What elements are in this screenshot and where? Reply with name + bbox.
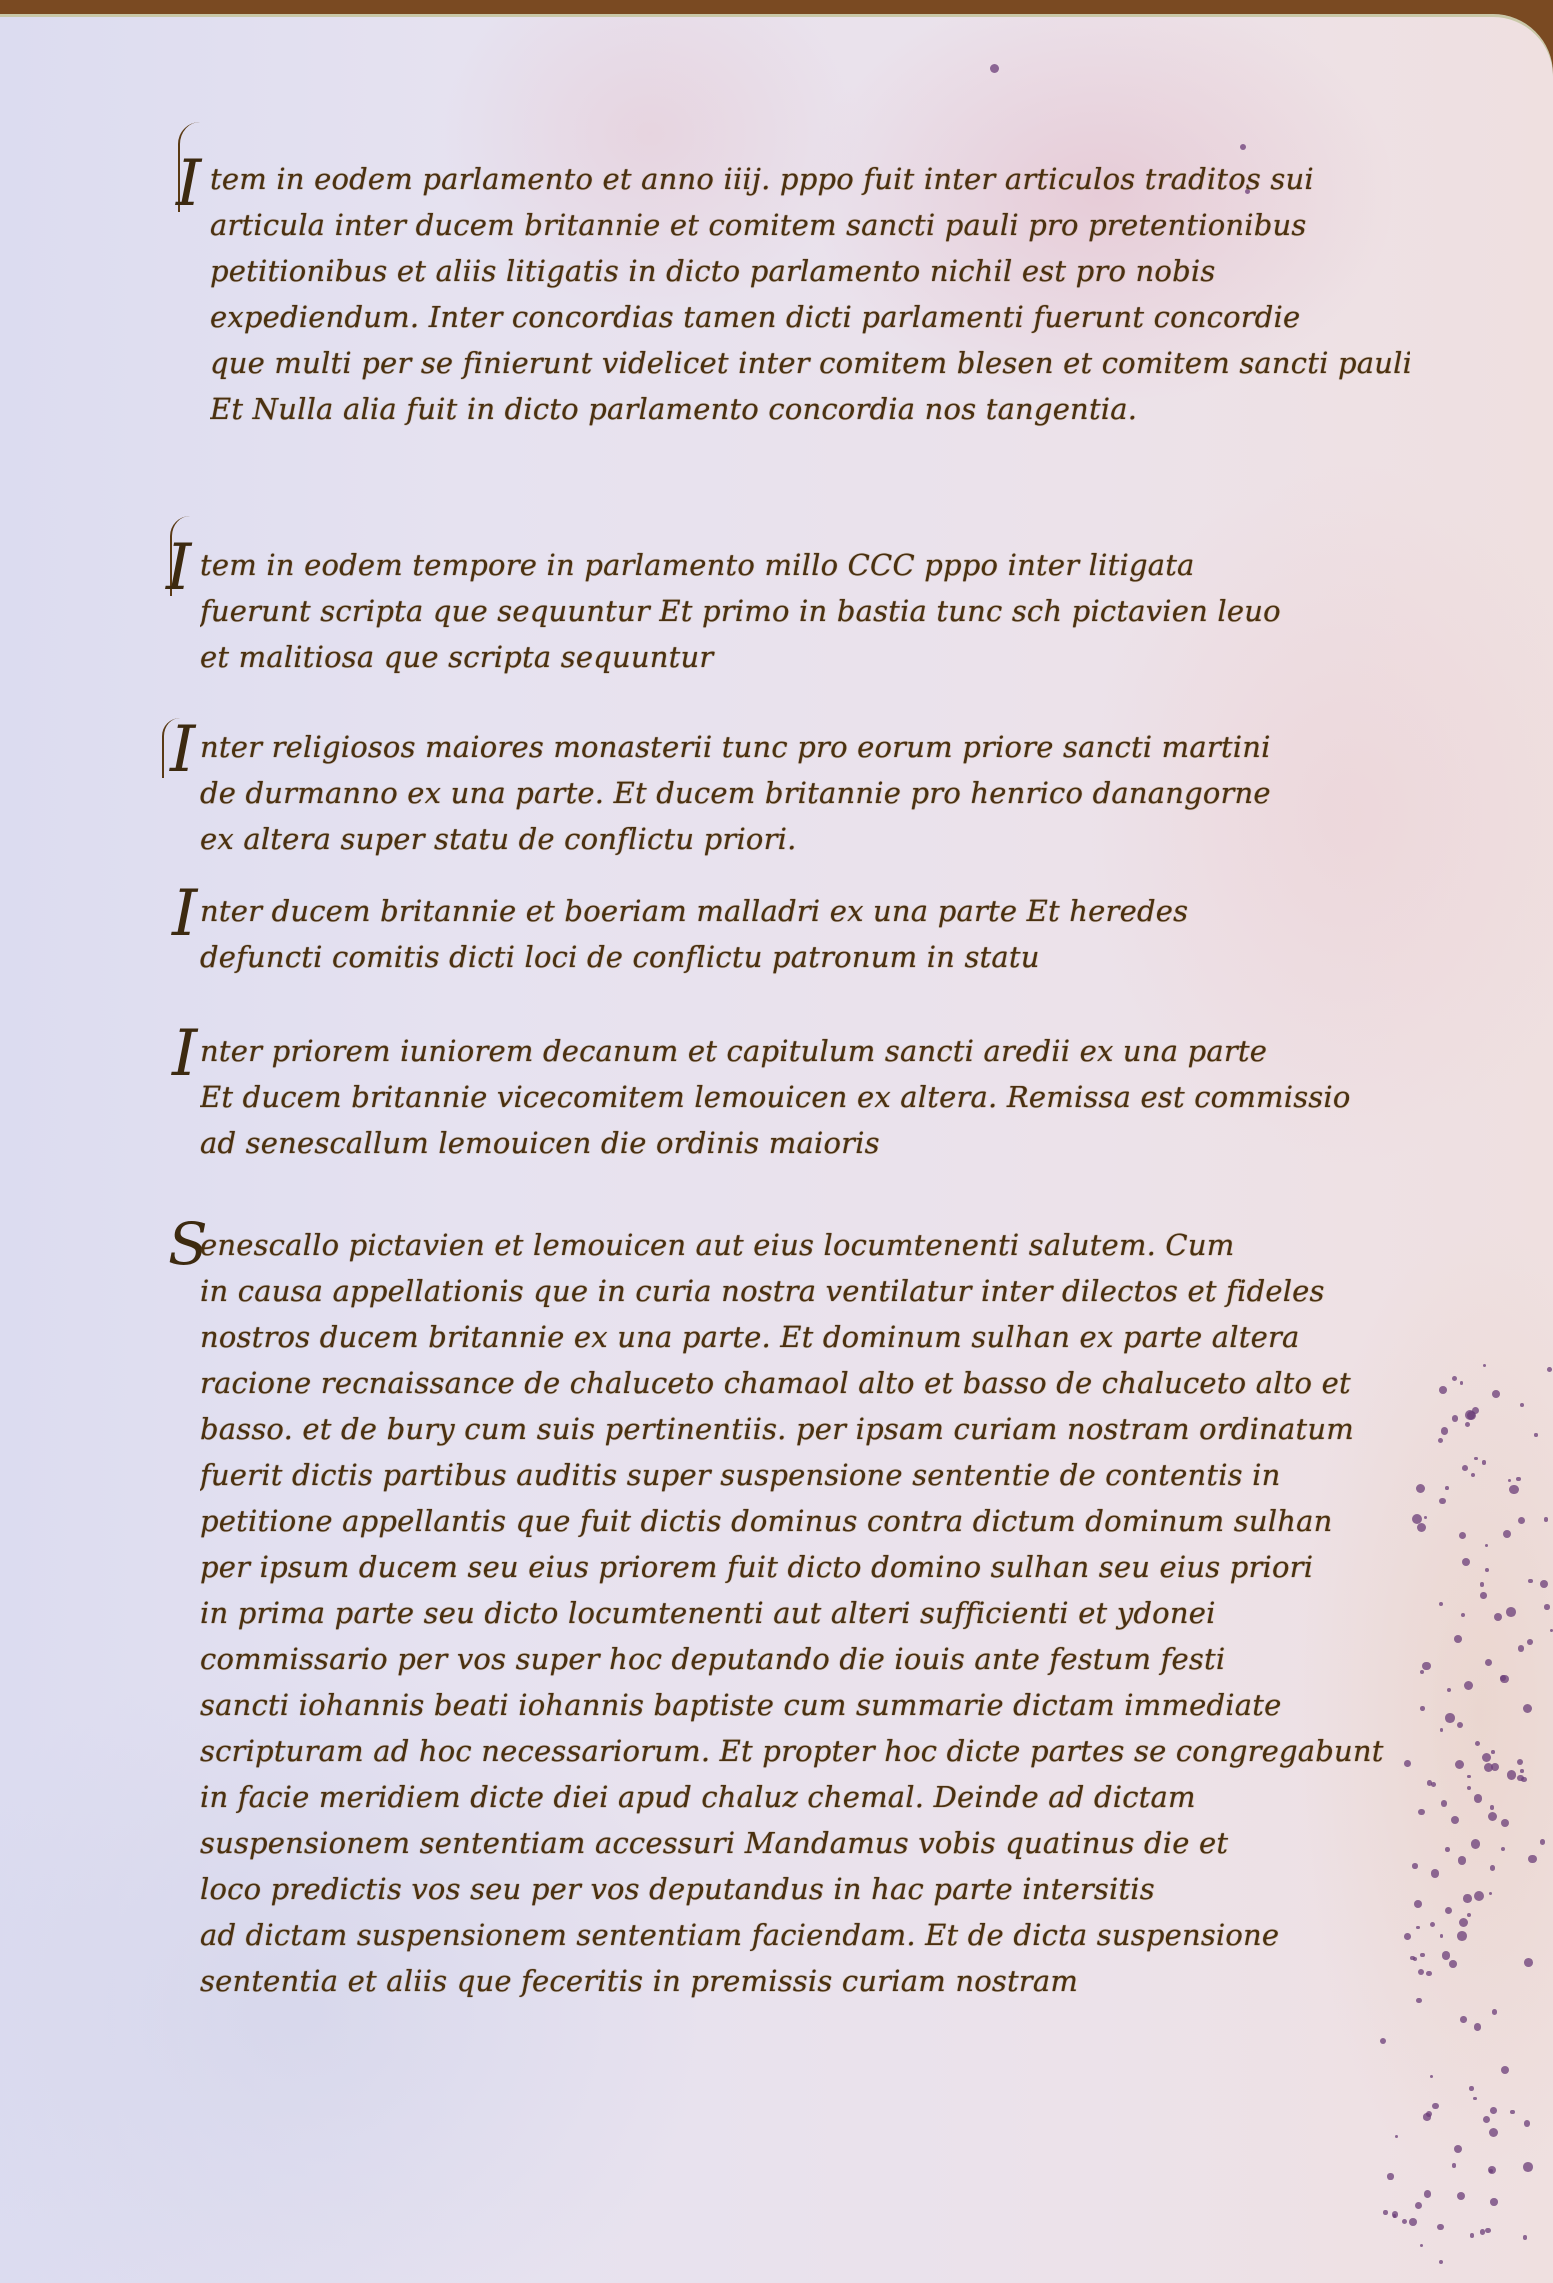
ink-speck bbox=[1445, 1486, 1449, 1490]
ink-speck bbox=[1544, 1604, 1550, 1610]
ink-speck bbox=[1501, 1847, 1505, 1851]
ink-speck bbox=[1427, 1780, 1432, 1785]
ink-speck bbox=[1447, 1688, 1451, 1692]
entry-text: nter ducem britannie et boeriam malladri… bbox=[200, 888, 1400, 980]
ink-speck bbox=[1460, 2016, 1466, 2022]
initial-letter: I bbox=[166, 536, 191, 600]
text-line: ex altera super statu de conflictu prior… bbox=[200, 816, 1400, 862]
ink-speck bbox=[1440, 1728, 1443, 1731]
ink-speck bbox=[1420, 1953, 1424, 1957]
ink-speck bbox=[1470, 2233, 1475, 2238]
ink-speck bbox=[1393, 2214, 1397, 2218]
ink-speck bbox=[1431, 1782, 1436, 1787]
text-line: nter priorem iuniorem decanum et capitul… bbox=[200, 1028, 1400, 1074]
ink-speck bbox=[1506, 1607, 1516, 1617]
ink-speck bbox=[1490, 1865, 1496, 1871]
ink-speck bbox=[1524, 2120, 1531, 2127]
ink-speck bbox=[1452, 1415, 1459, 1422]
ink-speck bbox=[1412, 1863, 1418, 1869]
ink-speck bbox=[1392, 2211, 1399, 2218]
ink-speck bbox=[1413, 1957, 1417, 1961]
ink-speck bbox=[1518, 1645, 1525, 1652]
ink-speck bbox=[1452, 1376, 1457, 1381]
ink-speck bbox=[1480, 1582, 1485, 1587]
ink-speck bbox=[1488, 1812, 1497, 1821]
text-line: suspensionem sententiam accessuri Mandam… bbox=[200, 1820, 1410, 1866]
ink-speck bbox=[1464, 1681, 1473, 1690]
ink-speck bbox=[1383, 2210, 1387, 2214]
text-line: ad senescallum lemouicen die ordinis mai… bbox=[200, 1120, 1400, 1166]
ink-speck bbox=[1540, 1839, 1545, 1844]
ink-speck bbox=[1240, 144, 1246, 150]
ink-speck bbox=[1485, 1659, 1492, 1666]
ink-speck bbox=[1489, 1892, 1493, 1896]
ink-speck bbox=[1445, 1713, 1454, 1722]
ink-speck bbox=[1431, 1869, 1439, 1877]
text-line: tem in eodem parlamento et anno iiij. pp… bbox=[210, 156, 1410, 202]
ink-speck bbox=[1483, 1364, 1486, 1367]
ink-speck bbox=[1440, 1934, 1444, 1938]
ink-speck bbox=[1402, 2219, 1407, 2224]
ink-speck bbox=[1472, 1407, 1480, 1415]
ink-speck bbox=[1437, 2224, 1443, 2230]
ink-speck bbox=[1550, 1629, 1553, 1632]
text-line: et malitiosa que scripta sequuntur bbox=[200, 634, 1400, 680]
ink-speck bbox=[1488, 2166, 1496, 2174]
ink-speck bbox=[1534, 1433, 1537, 1436]
ink-speck bbox=[1380, 2038, 1386, 2044]
ink-speck bbox=[1501, 2066, 1509, 2074]
ink-speck bbox=[1426, 2111, 1432, 2117]
ink-speck bbox=[1473, 2097, 1476, 2100]
ink-speck bbox=[1467, 1786, 1471, 1790]
ink-speck bbox=[1438, 1438, 1443, 1443]
ink-speck bbox=[1518, 1517, 1525, 1524]
text-line: Et ducem britannie vicecomitem lemouicen… bbox=[200, 1074, 1400, 1120]
ink-speck bbox=[1480, 1592, 1486, 1598]
ink-speck bbox=[1422, 1662, 1430, 1670]
text-line: expediendum. Inter concordias tamen dict… bbox=[210, 294, 1410, 340]
ink-speck bbox=[1517, 1775, 1523, 1781]
text-line: petitione appellantis que fuit dictis do… bbox=[200, 1498, 1410, 1544]
ink-speck bbox=[1412, 1514, 1422, 1524]
ink-speck bbox=[1517, 1759, 1523, 1765]
ink-speck bbox=[1387, 2173, 1393, 2179]
ink-speck bbox=[1459, 1532, 1466, 1539]
ink-speck bbox=[1500, 1675, 1506, 1681]
ink-speck bbox=[1465, 1422, 1470, 1427]
text-line: fuerunt scripta que sequuntur Et primo i… bbox=[200, 588, 1400, 634]
ink-speck bbox=[1432, 2103, 1438, 2109]
text-line: ad dictam suspensionem sententiam facien… bbox=[200, 1912, 1410, 1958]
ink-speck bbox=[1485, 1568, 1489, 1572]
ink-speck bbox=[1395, 2135, 1398, 2138]
ink-speck bbox=[1494, 1613, 1502, 1621]
ink-speck bbox=[1449, 1960, 1457, 1968]
ink-speck bbox=[1540, 1580, 1548, 1588]
ink-speck bbox=[1445, 1907, 1453, 1915]
text-line: que multi per se finierunt videlicet int… bbox=[210, 340, 1410, 386]
ink-speck bbox=[1520, 1403, 1524, 1407]
ink-speck bbox=[1441, 1427, 1448, 1434]
entry-text: tem in eodem tempore in parlamento millo… bbox=[200, 542, 1400, 680]
entry-text: enescallo pictavien et lemouicen aut eiu… bbox=[200, 1222, 1410, 2004]
ink-speck bbox=[1442, 1951, 1450, 1959]
ink-speck bbox=[1471, 1473, 1475, 1477]
ink-speck bbox=[1454, 2145, 1463, 2154]
ink-speck bbox=[1410, 1956, 1415, 1961]
entry-text: nter religiosos maiores monasterii tunc … bbox=[200, 724, 1400, 862]
ink-speck bbox=[1458, 1856, 1466, 1864]
initial-letter: I bbox=[170, 718, 195, 782]
ink-speck bbox=[1474, 1457, 1477, 1460]
entry-text: nter priorem iuniorem decanum et capitul… bbox=[200, 1028, 1400, 1166]
ink-speck bbox=[1467, 1411, 1477, 1421]
text-line: nter ducem britannie et boeriam malladri… bbox=[200, 888, 1400, 934]
ink-speck bbox=[1523, 2235, 1527, 2239]
ink-speck bbox=[1420, 2244, 1423, 2247]
text-line: petitionibus et aliis litigatis in dicto… bbox=[210, 248, 1410, 294]
ink-speck bbox=[1507, 1770, 1517, 1780]
ink-speck bbox=[1451, 1816, 1459, 1824]
ink-speck bbox=[1520, 1769, 1524, 1773]
text-line: in facie meridiem dicte diei apud chaluz… bbox=[200, 1774, 1410, 1820]
ink-speck bbox=[1424, 1516, 1427, 1519]
text-line: nter religiosos maiores monasterii tunc … bbox=[200, 724, 1400, 770]
ink-speck bbox=[1439, 1602, 1443, 1606]
ink-speck bbox=[1490, 1805, 1495, 1810]
text-line: loco predictis vos seu per vos deputandu… bbox=[200, 1866, 1410, 1912]
ink-speck bbox=[1465, 1410, 1475, 1420]
ink-speck bbox=[1491, 1750, 1495, 1754]
text-line: sancti iohannis beati iohannis baptiste … bbox=[200, 1682, 1410, 1728]
text-line: fuerit dictis partibus auditis super sus… bbox=[200, 1452, 1410, 1498]
text-line: in causa appellationis que in curia nost… bbox=[200, 1268, 1410, 1314]
ink-speck bbox=[1463, 1894, 1471, 1902]
ink-speck bbox=[1415, 2202, 1423, 2210]
ink-speck bbox=[1528, 1579, 1533, 1584]
ink-speck bbox=[1462, 1465, 1468, 1471]
ink-speck bbox=[1455, 1760, 1464, 1769]
ink-speck bbox=[1501, 1819, 1509, 1827]
manuscript-page: I tem in eodem parlamento et anno iiij. … bbox=[0, 14, 1553, 2283]
ink-speck bbox=[1461, 1613, 1465, 1617]
ink-speck bbox=[1547, 1367, 1552, 1372]
text-line: enescallo pictavien et lemouicen aut eiu… bbox=[200, 1222, 1410, 1268]
ink-speck bbox=[1459, 1918, 1468, 1927]
ink-speck bbox=[1490, 2198, 1497, 2205]
ink-speck bbox=[1475, 1741, 1480, 1746]
text-line: commissario per vos super hoc deputando … bbox=[200, 1636, 1410, 1682]
text-line: per ipsum ducem seu eius priorem fuit di… bbox=[200, 1544, 1410, 1590]
ink-speck bbox=[1467, 1913, 1471, 1917]
text-line: in prima parte seu dicto locumtenenti au… bbox=[200, 1590, 1410, 1636]
text-line: sententia et aliis que feceritis in prem… bbox=[200, 1958, 1410, 2004]
ink-speck bbox=[1509, 1485, 1519, 1495]
ink-speck bbox=[1467, 1775, 1471, 1779]
initial-letter: I bbox=[172, 882, 197, 946]
ink-speck bbox=[1416, 1998, 1421, 2003]
ink-speck bbox=[1430, 2075, 1433, 2078]
ink-speck bbox=[1452, 2163, 1457, 2168]
ink-speck bbox=[1523, 2162, 1533, 2172]
ink-speck bbox=[1485, 1544, 1488, 1547]
ink-speck bbox=[1482, 1753, 1491, 1762]
ink-speck bbox=[1420, 1706, 1425, 1711]
ink-speck bbox=[1528, 1855, 1537, 1864]
ink-speck bbox=[1417, 1523, 1427, 1533]
text-line: nostros ducem britannie ex una parte. Et… bbox=[200, 1314, 1410, 1360]
ink-speck bbox=[1508, 1479, 1511, 1482]
ink-speck bbox=[1474, 1891, 1484, 1901]
ink-speck bbox=[1430, 1922, 1435, 1927]
ink-speck bbox=[1484, 1763, 1493, 1772]
ink-speck bbox=[1491, 1763, 1500, 1772]
ink-speck bbox=[1418, 1809, 1424, 1815]
ink-speck bbox=[1460, 1381, 1463, 1384]
ink-speck bbox=[1544, 1517, 1549, 1522]
ink-speck bbox=[1439, 1498, 1445, 1504]
ink-speck bbox=[1426, 1971, 1431, 1976]
ink-speck bbox=[1439, 1386, 1447, 1394]
ink-speck bbox=[1474, 1794, 1482, 1802]
ink-speck bbox=[1423, 2113, 1430, 2120]
ink-speck bbox=[1457, 1931, 1467, 1941]
initial-letter: I bbox=[172, 1022, 197, 1086]
ink-speck bbox=[1516, 1477, 1521, 1482]
ink-speck bbox=[1524, 1958, 1533, 1967]
ink-speck bbox=[1439, 2260, 1443, 2264]
text-line: defuncti comitis dicti loci de conflictu… bbox=[200, 934, 1400, 980]
ink-speck bbox=[1489, 2128, 1498, 2137]
ink-speck bbox=[1457, 2192, 1465, 2200]
text-line: racione recnaissance de chaluceto chamao… bbox=[200, 1360, 1410, 1406]
entry-text: tem in eodem parlamento et anno iiij. pp… bbox=[210, 156, 1410, 432]
ink-speck bbox=[1500, 1675, 1509, 1684]
ink-speck bbox=[1482, 1460, 1487, 1465]
ink-speck bbox=[1490, 2107, 1497, 2114]
ink-speck bbox=[1469, 2086, 1473, 2090]
ink-speck bbox=[1485, 2228, 1491, 2234]
ink-speck bbox=[1418, 1969, 1424, 1975]
ink-speck bbox=[1527, 1639, 1533, 1645]
ink-speck bbox=[1409, 2218, 1417, 2226]
ink-speck bbox=[1492, 2009, 1498, 2015]
initial-letter: I bbox=[176, 152, 201, 216]
ink-speck bbox=[1416, 1926, 1420, 1930]
ink-speck bbox=[1503, 1530, 1511, 1538]
ink-speck bbox=[1457, 1722, 1463, 1728]
text-line: basso. et de bury cum suis pertinentiis.… bbox=[200, 1406, 1410, 1452]
ink-speck bbox=[1416, 1484, 1425, 1493]
ink-speck bbox=[1480, 2229, 1485, 2234]
ink-speck bbox=[1523, 1704, 1532, 1713]
text-line: articula inter ducem britannie et comite… bbox=[210, 202, 1410, 248]
ink-speck bbox=[1445, 1847, 1450, 1852]
ink-speck bbox=[990, 64, 999, 73]
ink-speck bbox=[1441, 1800, 1448, 1807]
ink-speck bbox=[1521, 1777, 1527, 1783]
ink-speck bbox=[1474, 2023, 1481, 2030]
ink-speck bbox=[1471, 1839, 1480, 1848]
ink-speck bbox=[1492, 1390, 1500, 1398]
ink-speck bbox=[1489, 2169, 1493, 2173]
ink-speck bbox=[1454, 1635, 1462, 1643]
text-line: de durmanno ex una parte. Et ducem brita… bbox=[200, 770, 1400, 816]
ink-speck bbox=[1420, 1670, 1424, 1674]
text-line: tem in eodem tempore in parlamento millo… bbox=[200, 542, 1400, 588]
ink-speck bbox=[1414, 1900, 1422, 1908]
text-line: scripturam ad hoc necessariorum. Et prop… bbox=[200, 1728, 1410, 1774]
ink-speck bbox=[1424, 2190, 1432, 2198]
text-line: Et Nulla alia fuit in dicto parlamento c… bbox=[210, 386, 1410, 432]
ink-speck bbox=[1462, 1558, 1470, 1566]
ink-speck bbox=[1483, 2116, 1490, 2123]
ink-speck bbox=[1510, 2110, 1514, 2114]
